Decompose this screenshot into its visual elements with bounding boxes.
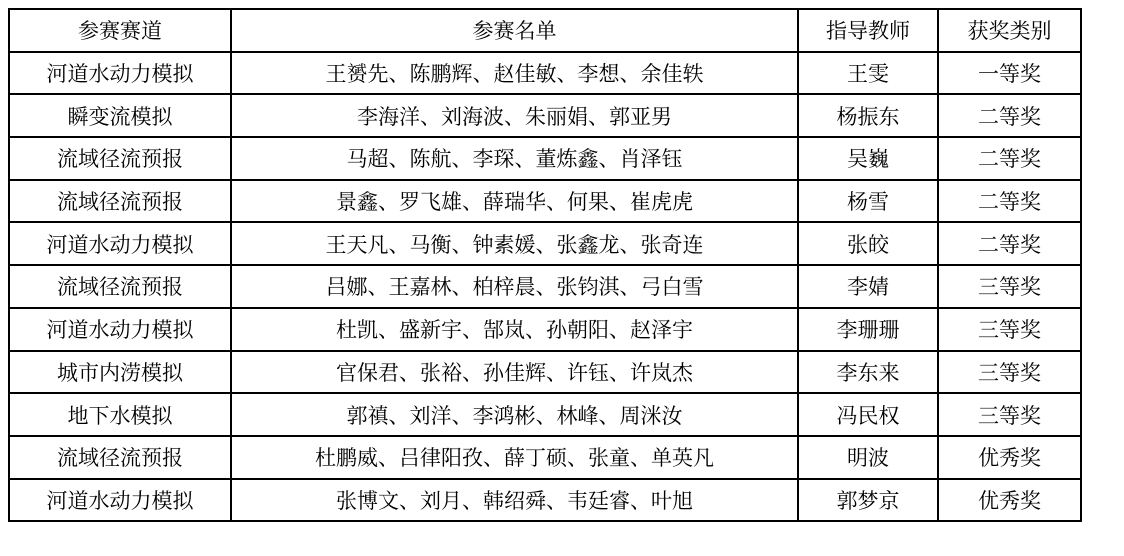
awards-table: 参赛赛道 参赛名单 指导教师 获奖类别 河道水动力模拟王赟先、陈鹏辉、赵佳敏、李… [8,8,1082,522]
cell-participants: 杜凯、盛新宇、郜岚、孙朝阳、赵泽宇 [231,308,798,351]
table-row: 流域径流预报景鑫、罗飞雄、薛瑞华、何果、崔虎虎杨雪二等奖 [9,180,1081,223]
cell-track: 流域径流预报 [9,180,231,223]
cell-teacher: 吴巍 [798,137,938,180]
cell-award: 二等奖 [938,94,1081,137]
cell-award: 优秀奖 [938,436,1081,479]
cell-track: 瞬变流模拟 [9,94,231,137]
table-body: 河道水动力模拟王赟先、陈鹏辉、赵佳敏、李想、余佳轶王雯一等奖瞬变流模拟李海洋、刘… [9,52,1081,522]
column-header-track: 参赛赛道 [9,9,231,52]
cell-participants: 郭禛、刘洋、李鸿彬、林峰、周洣汝 [231,393,798,436]
cell-track: 流域径流预报 [9,265,231,308]
table-header: 参赛赛道 参赛名单 指导教师 获奖类别 [9,9,1081,52]
cell-participants: 李海洋、刘海波、朱丽娟、郭亚男 [231,94,798,137]
cell-teacher: 明波 [798,436,938,479]
table-row: 瞬变流模拟李海洋、刘海波、朱丽娟、郭亚男杨振东二等奖 [9,94,1081,137]
cell-teacher: 杨雪 [798,180,938,223]
cell-participants: 官保君、张裕、孙佳辉、许钰、许岚杰 [231,351,798,394]
table-row: 流域径流预报马超、陈航、李琛、董炼鑫、肖泽钰吴巍二等奖 [9,137,1081,180]
table-row: 河道水动力模拟王天凡、马衡、钟素媛、张鑫龙、张奇连张皎二等奖 [9,222,1081,265]
cell-award: 一等奖 [938,52,1081,95]
cell-award: 三等奖 [938,351,1081,394]
cell-participants: 王天凡、马衡、钟素媛、张鑫龙、张奇连 [231,222,798,265]
cell-award: 优秀奖 [938,479,1081,522]
table-row: 城市内涝模拟官保君、张裕、孙佳辉、许钰、许岚杰李东来三等奖 [9,351,1081,394]
cell-track: 地下水模拟 [9,393,231,436]
cell-award: 三等奖 [938,308,1081,351]
cell-track: 河道水动力模拟 [9,52,231,95]
cell-participants: 吕娜、王嘉林、柏梓晨、张钧淇、弓白雪 [231,265,798,308]
table-row: 地下水模拟郭禛、刘洋、李鸿彬、林峰、周洣汝冯民权三等奖 [9,393,1081,436]
table-row: 流域径流预报吕娜、王嘉林、柏梓晨、张钧淇、弓白雪李婧三等奖 [9,265,1081,308]
cell-participants: 马超、陈航、李琛、董炼鑫、肖泽钰 [231,137,798,180]
cell-teacher: 郭梦京 [798,479,938,522]
cell-track: 城市内涝模拟 [9,351,231,394]
table-row: 流域径流预报杜鹏威、吕律阳孜、薛丁硕、张童、单英凡明波优秀奖 [9,436,1081,479]
cell-participants: 王赟先、陈鹏辉、赵佳敏、李想、余佳轶 [231,52,798,95]
cell-award: 二等奖 [938,137,1081,180]
page: 参赛赛道 参赛名单 指导教师 获奖类别 河道水动力模拟王赟先、陈鹏辉、赵佳敏、李… [0,0,1124,556]
cell-track: 河道水动力模拟 [9,308,231,351]
table-row: 河道水动力模拟杜凯、盛新宇、郜岚、孙朝阳、赵泽宇李珊珊三等奖 [9,308,1081,351]
cell-teacher: 李珊珊 [798,308,938,351]
cell-track: 流域径流预报 [9,137,231,180]
cell-award: 三等奖 [938,265,1081,308]
cell-teacher: 李东来 [798,351,938,394]
cell-teacher: 李婧 [798,265,938,308]
cell-teacher: 冯民权 [798,393,938,436]
cell-participants: 景鑫、罗飞雄、薛瑞华、何果、崔虎虎 [231,180,798,223]
cell-award: 三等奖 [938,393,1081,436]
cell-award: 二等奖 [938,180,1081,223]
cell-award: 二等奖 [938,222,1081,265]
cell-track: 河道水动力模拟 [9,479,231,522]
column-header-teacher: 指导教师 [798,9,938,52]
table-row: 河道水动力模拟张博文、刘月、韩绍舜、韦廷睿、叶旭郭梦京优秀奖 [9,479,1081,522]
cell-track: 河道水动力模拟 [9,222,231,265]
header-row: 参赛赛道 参赛名单 指导教师 获奖类别 [9,9,1081,52]
cell-teacher: 杨振东 [798,94,938,137]
cell-track: 流域径流预报 [9,436,231,479]
cell-teacher: 张皎 [798,222,938,265]
cell-participants: 张博文、刘月、韩绍舜、韦廷睿、叶旭 [231,479,798,522]
cell-teacher: 王雯 [798,52,938,95]
table-row: 河道水动力模拟王赟先、陈鹏辉、赵佳敏、李想、余佳轶王雯一等奖 [9,52,1081,95]
cell-participants: 杜鹏威、吕律阳孜、薛丁硕、张童、单英凡 [231,436,798,479]
column-header-participants: 参赛名单 [231,9,798,52]
column-header-award: 获奖类别 [938,9,1081,52]
